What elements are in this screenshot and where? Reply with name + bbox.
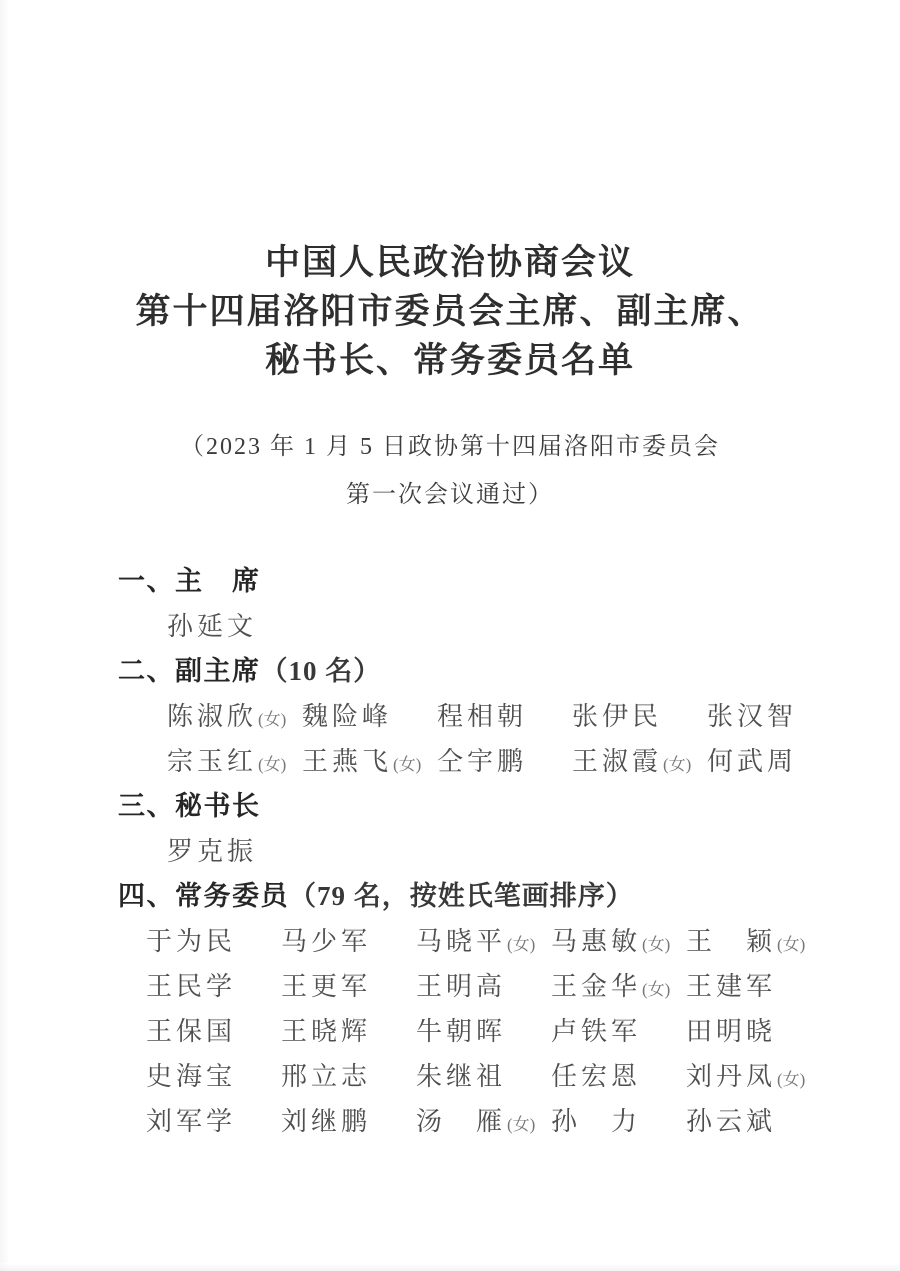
name-text: 张汉智 bbox=[707, 702, 797, 731]
document-title: 中国人民政治协商会议 第十四届洛阳市委员会主席、副主席、 秘书长、常务委员名单 bbox=[0, 238, 900, 385]
person-name: 孙 力 bbox=[551, 1099, 686, 1144]
person-name: 王金华(女) bbox=[551, 964, 686, 1009]
name-text: 仝宇鹏 bbox=[437, 747, 527, 776]
section-chairman: 一、主 席 孙延文 bbox=[118, 559, 840, 649]
name-text: 刘军学 bbox=[146, 1107, 236, 1136]
section-standing-committee: 四、常务委员（79 名，按姓氏笔画排序） 于为民马少军马晓平(女)马惠敏(女)王… bbox=[118, 874, 840, 1144]
name-text: 王 颖 bbox=[686, 927, 776, 956]
name-text: 张伊民 bbox=[572, 702, 662, 731]
name-text: 田明晓 bbox=[686, 1017, 776, 1046]
gender-marker: (女) bbox=[642, 935, 670, 954]
name-text: 王保国 bbox=[146, 1017, 236, 1046]
section-heading-label: 三、秘书长 bbox=[118, 791, 261, 821]
section-vice-chairmen: 二、副主席（10 名） 陈淑欣(女)魏险峰程相朝张伊民张汉智宗玉红(女)王燕飞(… bbox=[118, 649, 840, 784]
person-name: 王淑霞(女) bbox=[572, 739, 707, 784]
document-page: 中国人民政治协商会议 第十四届洛阳市委员会主席、副主席、 秘书长、常务委员名单 … bbox=[0, 0, 900, 1271]
person-name: 陈淑欣(女) bbox=[167, 694, 302, 739]
person-name: 朱继祖 bbox=[416, 1054, 551, 1099]
name-row: 陈淑欣(女)魏险峰程相朝张伊民张汉智 bbox=[167, 694, 840, 739]
name-text: 罗克振 bbox=[167, 837, 257, 866]
name-text: 朱继祖 bbox=[416, 1062, 506, 1091]
name-text: 何武周 bbox=[707, 747, 797, 776]
name-row: 宗玉红(女)王燕飞(女)仝宇鹏王淑霞(女)何武周 bbox=[167, 739, 840, 784]
name-text: 任宏恩 bbox=[551, 1062, 641, 1091]
section-secretary-general-heading: 三、秘书长 bbox=[118, 784, 840, 829]
name-text: 孙 力 bbox=[551, 1107, 641, 1136]
section-vice-chairmen-heading: 二、副主席（10 名） bbox=[118, 649, 840, 694]
name-text: 汤 雁 bbox=[416, 1107, 506, 1136]
person-name: 程相朝 bbox=[437, 694, 572, 739]
name-text: 王建军 bbox=[686, 972, 776, 1001]
section-heading-note: （10 名） bbox=[261, 656, 382, 686]
name-row: 于为民马少军马晓平(女)马惠敏(女)王 颖(女) bbox=[146, 919, 840, 964]
person-name: 王保国 bbox=[146, 1009, 281, 1054]
standing-committee-name-list: 于为民马少军马晓平(女)马惠敏(女)王 颖(女)王民学王更军王明高王金华(女)王… bbox=[146, 919, 840, 1144]
person-name: 田明晓 bbox=[686, 1009, 821, 1054]
person-name: 仝宇鹏 bbox=[437, 739, 572, 784]
name-text: 王更军 bbox=[281, 972, 371, 1001]
subtitle-line-1: （2023 年 1 月 5 日政协第十四届洛阳市委员会 bbox=[0, 423, 900, 471]
person-name: 马晓平(女) bbox=[416, 919, 551, 964]
person-name: 孙延文 bbox=[167, 604, 302, 649]
gender-marker: (女) bbox=[663, 755, 691, 774]
document-body: 一、主 席 孙延文 二、副主席（10 名） 陈淑欣(女)魏险峰程相朝张伊民张汉智… bbox=[0, 559, 900, 1144]
person-name: 王 颖(女) bbox=[686, 919, 821, 964]
gender-marker: (女) bbox=[258, 710, 286, 729]
person-name: 刘丹凤(女) bbox=[686, 1054, 821, 1099]
name-text: 孙云斌 bbox=[686, 1107, 776, 1136]
name-row: 孙延文 bbox=[167, 604, 840, 649]
name-text: 程相朝 bbox=[437, 702, 527, 731]
person-name: 牛朝晖 bbox=[416, 1009, 551, 1054]
gender-marker: (女) bbox=[507, 935, 535, 954]
name-text: 宗玉红 bbox=[167, 747, 257, 776]
name-text: 马晓平 bbox=[416, 927, 506, 956]
person-name: 马少军 bbox=[281, 919, 416, 964]
gender-marker: (女) bbox=[777, 935, 805, 954]
gender-marker: (女) bbox=[507, 1115, 535, 1134]
name-row: 王保国王晓辉牛朝晖卢铁军田明晓 bbox=[146, 1009, 840, 1054]
person-name: 王民学 bbox=[146, 964, 281, 1009]
title-line-3: 秘书长、常务委员名单 bbox=[0, 336, 900, 385]
section-heading-label: 一、主 席 bbox=[118, 566, 261, 596]
person-name: 任宏恩 bbox=[551, 1054, 686, 1099]
person-name: 何武周 bbox=[707, 739, 842, 784]
name-text: 王明高 bbox=[416, 972, 506, 1001]
person-name: 王晓辉 bbox=[281, 1009, 416, 1054]
person-name: 罗克振 bbox=[167, 829, 302, 874]
person-name: 汤 雁(女) bbox=[416, 1099, 551, 1144]
person-name: 卢铁军 bbox=[551, 1009, 686, 1054]
section-chairman-heading: 一、主 席 bbox=[118, 559, 840, 604]
name-text: 王晓辉 bbox=[281, 1017, 371, 1046]
subtitle-line-2: 第一次会议通过） bbox=[0, 471, 900, 519]
person-name: 孙云斌 bbox=[686, 1099, 821, 1144]
name-text: 孙延文 bbox=[167, 612, 257, 641]
section-heading-label: 四、常务委员 bbox=[118, 881, 289, 911]
gender-marker: (女) bbox=[393, 755, 421, 774]
name-row: 王民学王更军王明高王金华(女)王建军 bbox=[146, 964, 840, 1009]
person-name: 张汉智 bbox=[707, 694, 842, 739]
name-text: 牛朝晖 bbox=[416, 1017, 506, 1046]
name-text: 卢铁军 bbox=[551, 1017, 641, 1046]
person-name: 刘继鹏 bbox=[281, 1099, 416, 1144]
person-name: 张伊民 bbox=[572, 694, 707, 739]
person-name: 王明高 bbox=[416, 964, 551, 1009]
person-name: 邢立志 bbox=[281, 1054, 416, 1099]
name-text: 王民学 bbox=[146, 972, 236, 1001]
name-text: 刘继鹏 bbox=[281, 1107, 371, 1136]
secretary-general-name-list: 罗克振 bbox=[167, 829, 840, 874]
section-secretary-general: 三、秘书长 罗克振 bbox=[118, 784, 840, 874]
section-heading-label: 二、副主席 bbox=[118, 656, 261, 686]
name-text: 魏险峰 bbox=[302, 702, 392, 731]
title-line-1: 中国人民政治协商会议 bbox=[0, 238, 900, 287]
name-text: 于为民 bbox=[146, 927, 236, 956]
name-text: 马少军 bbox=[281, 927, 371, 956]
person-name: 宗玉红(女) bbox=[167, 739, 302, 784]
chairman-name-list: 孙延文 bbox=[167, 604, 840, 649]
person-name: 王建军 bbox=[686, 964, 821, 1009]
person-name: 刘军学 bbox=[146, 1099, 281, 1144]
name-text: 刘丹凤 bbox=[686, 1062, 776, 1091]
gender-marker: (女) bbox=[258, 755, 286, 774]
gender-marker: (女) bbox=[777, 1070, 805, 1089]
name-text: 史海宝 bbox=[146, 1062, 236, 1091]
document-subtitle: （2023 年 1 月 5 日政协第十四届洛阳市委员会 第一次会议通过） bbox=[0, 423, 900, 519]
name-text: 马惠敏 bbox=[551, 927, 641, 956]
name-row: 史海宝邢立志朱继祖任宏恩刘丹凤(女) bbox=[146, 1054, 840, 1099]
name-text: 王淑霞 bbox=[572, 747, 662, 776]
gender-marker: (女) bbox=[642, 980, 670, 999]
person-name: 马惠敏(女) bbox=[551, 919, 686, 964]
section-standing-committee-heading: 四、常务委员（79 名，按姓氏笔画排序） bbox=[118, 874, 840, 919]
person-name: 于为民 bbox=[146, 919, 281, 964]
name-text: 王燕飞 bbox=[302, 747, 392, 776]
person-name: 王更军 bbox=[281, 964, 416, 1009]
title-line-2: 第十四届洛阳市委员会主席、副主席、 bbox=[0, 287, 900, 336]
name-row: 罗克振 bbox=[167, 829, 840, 874]
person-name: 王燕飞(女) bbox=[302, 739, 437, 784]
person-name: 魏险峰 bbox=[302, 694, 437, 739]
section-heading-note: （79 名，按姓氏笔画排序） bbox=[289, 881, 634, 911]
vice-chairmen-name-list: 陈淑欣(女)魏险峰程相朝张伊民张汉智宗玉红(女)王燕飞(女)仝宇鹏王淑霞(女)何… bbox=[167, 694, 840, 784]
name-text: 邢立志 bbox=[281, 1062, 371, 1091]
name-text: 王金华 bbox=[551, 972, 641, 1001]
name-text: 陈淑欣 bbox=[167, 702, 257, 731]
person-name: 史海宝 bbox=[146, 1054, 281, 1099]
name-row: 刘军学刘继鹏汤 雁(女)孙 力孙云斌 bbox=[146, 1099, 840, 1144]
